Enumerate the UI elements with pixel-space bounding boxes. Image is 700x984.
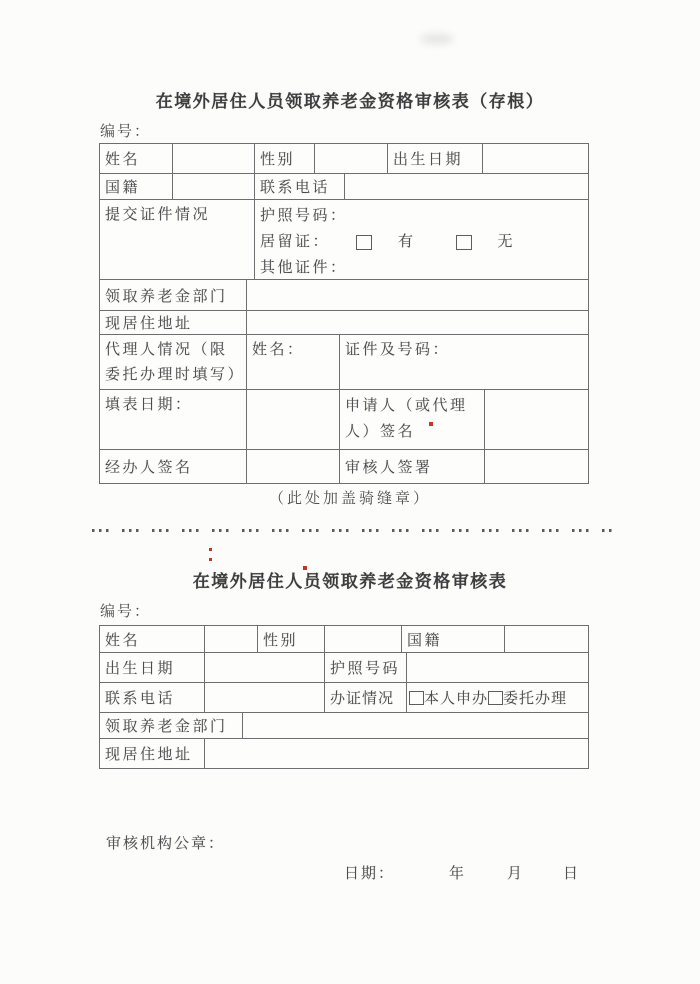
year-label: 年 <box>449 862 466 883</box>
table-row: 领取养老金部门 <box>100 713 589 739</box>
table-row: 现居住地址 <box>100 739 589 769</box>
residence-none-checkbox[interactable] <box>456 235 472 250</box>
stub-none-label: 无 <box>498 229 516 255</box>
scan-smudge <box>420 34 454 44</box>
stub-address-value <box>247 311 589 335</box>
stub-other-docs-label: 其他证件： <box>260 255 348 280</box>
table-row: 现居住地址 <box>100 311 589 335</box>
self-apply-checkbox[interactable] <box>409 691 424 705</box>
stub-title: 在境外居住人员领取养老金资格审核表（存根） <box>0 87 700 112</box>
main-passport-label: 护照号码 <box>325 653 407 683</box>
stub-fill-date-value <box>247 390 340 450</box>
dotted-tear-line <box>92 529 614 532</box>
stub-handler-sign-label: 经办人签名 <box>100 450 247 484</box>
stub-fill-date-label: 填表日期： <box>100 390 247 450</box>
red-speck-mark <box>303 566 307 570</box>
other-docs-line: 其他证件： <box>260 255 583 280</box>
table-row: 代理人情况（限委托办理时填写） 姓名： 证件及号码： <box>100 335 589 390</box>
scanned-form-page: 在境外居住人员领取养老金资格审核表（存根） 编号： 姓名 性别 出生日期 国籍 … <box>0 0 700 984</box>
date-label: 日期： <box>344 862 395 883</box>
stub-reviewer-sign-value <box>485 450 589 484</box>
stub-phone-value <box>345 174 589 200</box>
stub-serial-label: 编号： <box>100 120 151 141</box>
red-asterisk-mark <box>429 422 433 426</box>
table-row: 领取养老金部门 <box>100 280 589 311</box>
stub-pension-dept-value <box>247 280 589 311</box>
stub-nationality-value <box>173 174 255 200</box>
month-label: 月 <box>507 862 524 883</box>
main-nationality-label: 国籍 <box>402 626 505 653</box>
main-serial-label: 编号： <box>100 600 151 621</box>
main-table: 姓名 性别 国籍 出生日期 护照号码 联系电话 办证情况 本人申办 委托办理 <box>99 625 589 769</box>
stub-pension-dept-label: 领取养老金部门 <box>100 280 247 311</box>
main-pension-dept-value <box>243 713 589 739</box>
main-gender-value <box>325 626 402 653</box>
stub-docs-label: 提交证件情况 <box>100 200 255 280</box>
table-row: 提交证件情况 护照号码： 居留证： 有 无 其他证件： <box>100 200 589 280</box>
table-row: 填表日期： 申请人（或代理人）签名 <box>100 390 589 450</box>
applicant-sign-text: 申请人（或代理人）签名 <box>345 393 479 445</box>
stub-birth-value <box>483 144 589 174</box>
stub-agent-name-label: 姓名： <box>247 335 340 390</box>
main-phone-value <box>205 683 325 713</box>
main-address-value <box>205 739 589 769</box>
stub-address-label: 现居住地址 <box>100 311 247 335</box>
table-row: 经办人签名 审核人签署 <box>100 450 589 484</box>
stub-gender-value <box>315 144 388 174</box>
stub-phone-label: 联系电话 <box>255 174 345 200</box>
main-phone-label: 联系电话 <box>100 683 205 713</box>
stub-docs-content: 护照号码： 居留证： 有 无 其他证件： <box>255 200 589 280</box>
stub-have-label: 有 <box>398 229 416 255</box>
stub-birth-label: 出生日期 <box>388 144 483 174</box>
stub-name-value <box>173 144 255 174</box>
main-passport-value <box>407 653 589 683</box>
agency-seal-label: 审核机构公章： <box>106 832 225 853</box>
table-row: 姓名 性别 国籍 <box>100 626 589 653</box>
main-cert-status-options: 本人申办 委托办理 <box>407 683 589 713</box>
table-row: 国籍 联系电话 <box>100 174 589 200</box>
stub-applicant-sign-value <box>485 390 589 450</box>
stub-nationality-label: 国籍 <box>100 174 173 200</box>
self-apply-label: 本人申办 <box>424 687 488 708</box>
main-birth-label: 出生日期 <box>100 653 205 683</box>
main-gender-label: 性别 <box>258 626 325 653</box>
stub-table: 姓名 性别 出生日期 国籍 联系电话 提交证件情况 护照号码： 居留证： <box>99 143 589 484</box>
seal-note: （此处加盖骑缝章） <box>0 487 700 508</box>
main-name-value <box>205 626 258 653</box>
main-cert-status-label: 办证情况 <box>325 683 407 713</box>
residence-permit-line: 居留证： 有 无 <box>260 229 583 255</box>
main-pension-dept-label: 领取养老金部门 <box>100 713 243 739</box>
stub-residence-label: 居留证： <box>260 229 330 255</box>
stub-gender-label: 性别 <box>255 144 315 174</box>
entrust-checkbox[interactable] <box>488 691 503 705</box>
stub-passport-label: 护照号码： <box>260 203 348 229</box>
stub-reviewer-sign-label: 审核人签署 <box>340 450 485 484</box>
main-address-label: 现居住地址 <box>100 739 205 769</box>
entrust-label: 委托办理 <box>503 687 567 708</box>
table-row: 出生日期 护照号码 <box>100 653 589 683</box>
main-nationality-value <box>505 626 589 653</box>
stub-applicant-sign-label: 申请人（或代理人）签名 <box>340 390 485 450</box>
passport-line: 护照号码： <box>260 203 583 229</box>
main-birth-value <box>205 653 325 683</box>
table-row: 联系电话 办证情况 本人申办 委托办理 <box>100 683 589 713</box>
residence-have-checkbox[interactable] <box>356 235 372 250</box>
main-title: 在境外居住人员领取养老金资格审核表 <box>0 567 700 592</box>
stub-agent-label: 代理人情况（限委托办理时填写） <box>100 335 247 390</box>
stub-agent-id-label: 证件及号码： <box>340 335 589 390</box>
table-row: 姓名 性别 出生日期 <box>100 144 589 174</box>
stub-name-label: 姓名 <box>100 144 173 174</box>
main-name-label: 姓名 <box>100 626 205 653</box>
stub-handler-sign-value <box>247 450 340 484</box>
day-label: 日 <box>563 862 580 883</box>
